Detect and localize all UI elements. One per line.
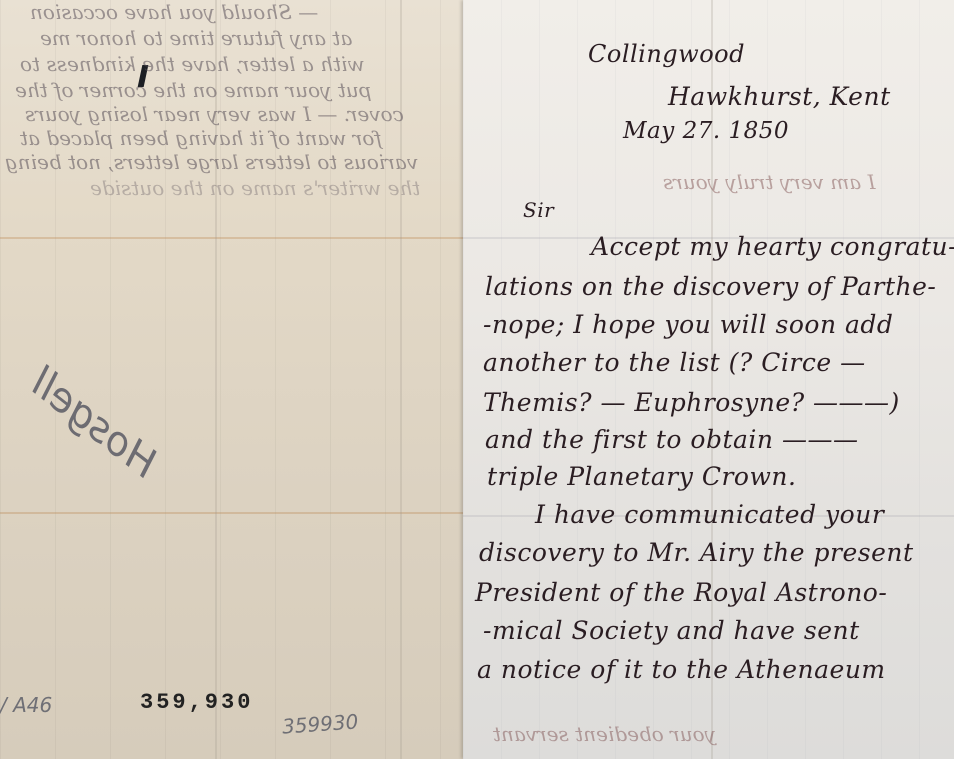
bleed-through-line: the writer's name on the outside [90, 176, 420, 200]
bleed-through-line: — Should you have occasion [30, 0, 318, 24]
address-line: Collingwood [588, 40, 745, 68]
letter-line: Themis? — Euphrosyne? ———) [483, 388, 900, 417]
pencil-catalog-number: 359930 [281, 709, 359, 738]
letter-line: -nope; I hope you will soon add [483, 310, 893, 339]
letter-line: and the first to obtain ——— [485, 425, 858, 454]
bleed-through-line: I am very truly yours [663, 170, 875, 194]
bleed-through-line: for want of it having been placed at [20, 126, 382, 150]
letter-line: triple Planetary Crown. [487, 462, 796, 491]
letter-date: May 27. 1850 [623, 118, 789, 144]
letter-line: discovery to Mr. Airy the present [479, 538, 914, 567]
bleed-through-line: at any future time to honor me [40, 26, 352, 50]
letter-line: President of the Royal Astrono- [475, 578, 887, 607]
letter-line: I have communicated your [535, 500, 884, 529]
bleed-through-line: cover. — I was very near losing yours [25, 102, 404, 126]
right-page: I am very truly yours your obedient serv… [463, 0, 954, 759]
letter-line: Accept my hearty congratu- [591, 232, 954, 261]
bleed-through-line: your obedient servant [493, 722, 716, 746]
letter-line: lations on the discovery of Parthe- [485, 272, 936, 301]
bleed-through-line: with a letter, have the kindness to [20, 52, 365, 76]
salutation: Sir [523, 198, 554, 222]
fold-crease [711, 0, 713, 759]
letter-line: another to the list (? Circe — [483, 348, 866, 377]
address-line: Hawkhurst, Kent [668, 82, 891, 111]
bleed-through-line: put your name on the corner of the [15, 78, 372, 102]
letter-line: a notice of it to the Athenaeum [477, 655, 886, 684]
letter-line: -mical Society and have sent [483, 616, 860, 645]
left-page: — Should you have occasion at any future… [0, 0, 470, 759]
stamped-catalog-number: 359,930 [140, 690, 253, 715]
catalog-reference: / A46 [0, 693, 52, 717]
bleed-through-line: various to letters large letters, not be… [5, 150, 418, 174]
pencil-annotation: Hosgell [21, 359, 166, 486]
